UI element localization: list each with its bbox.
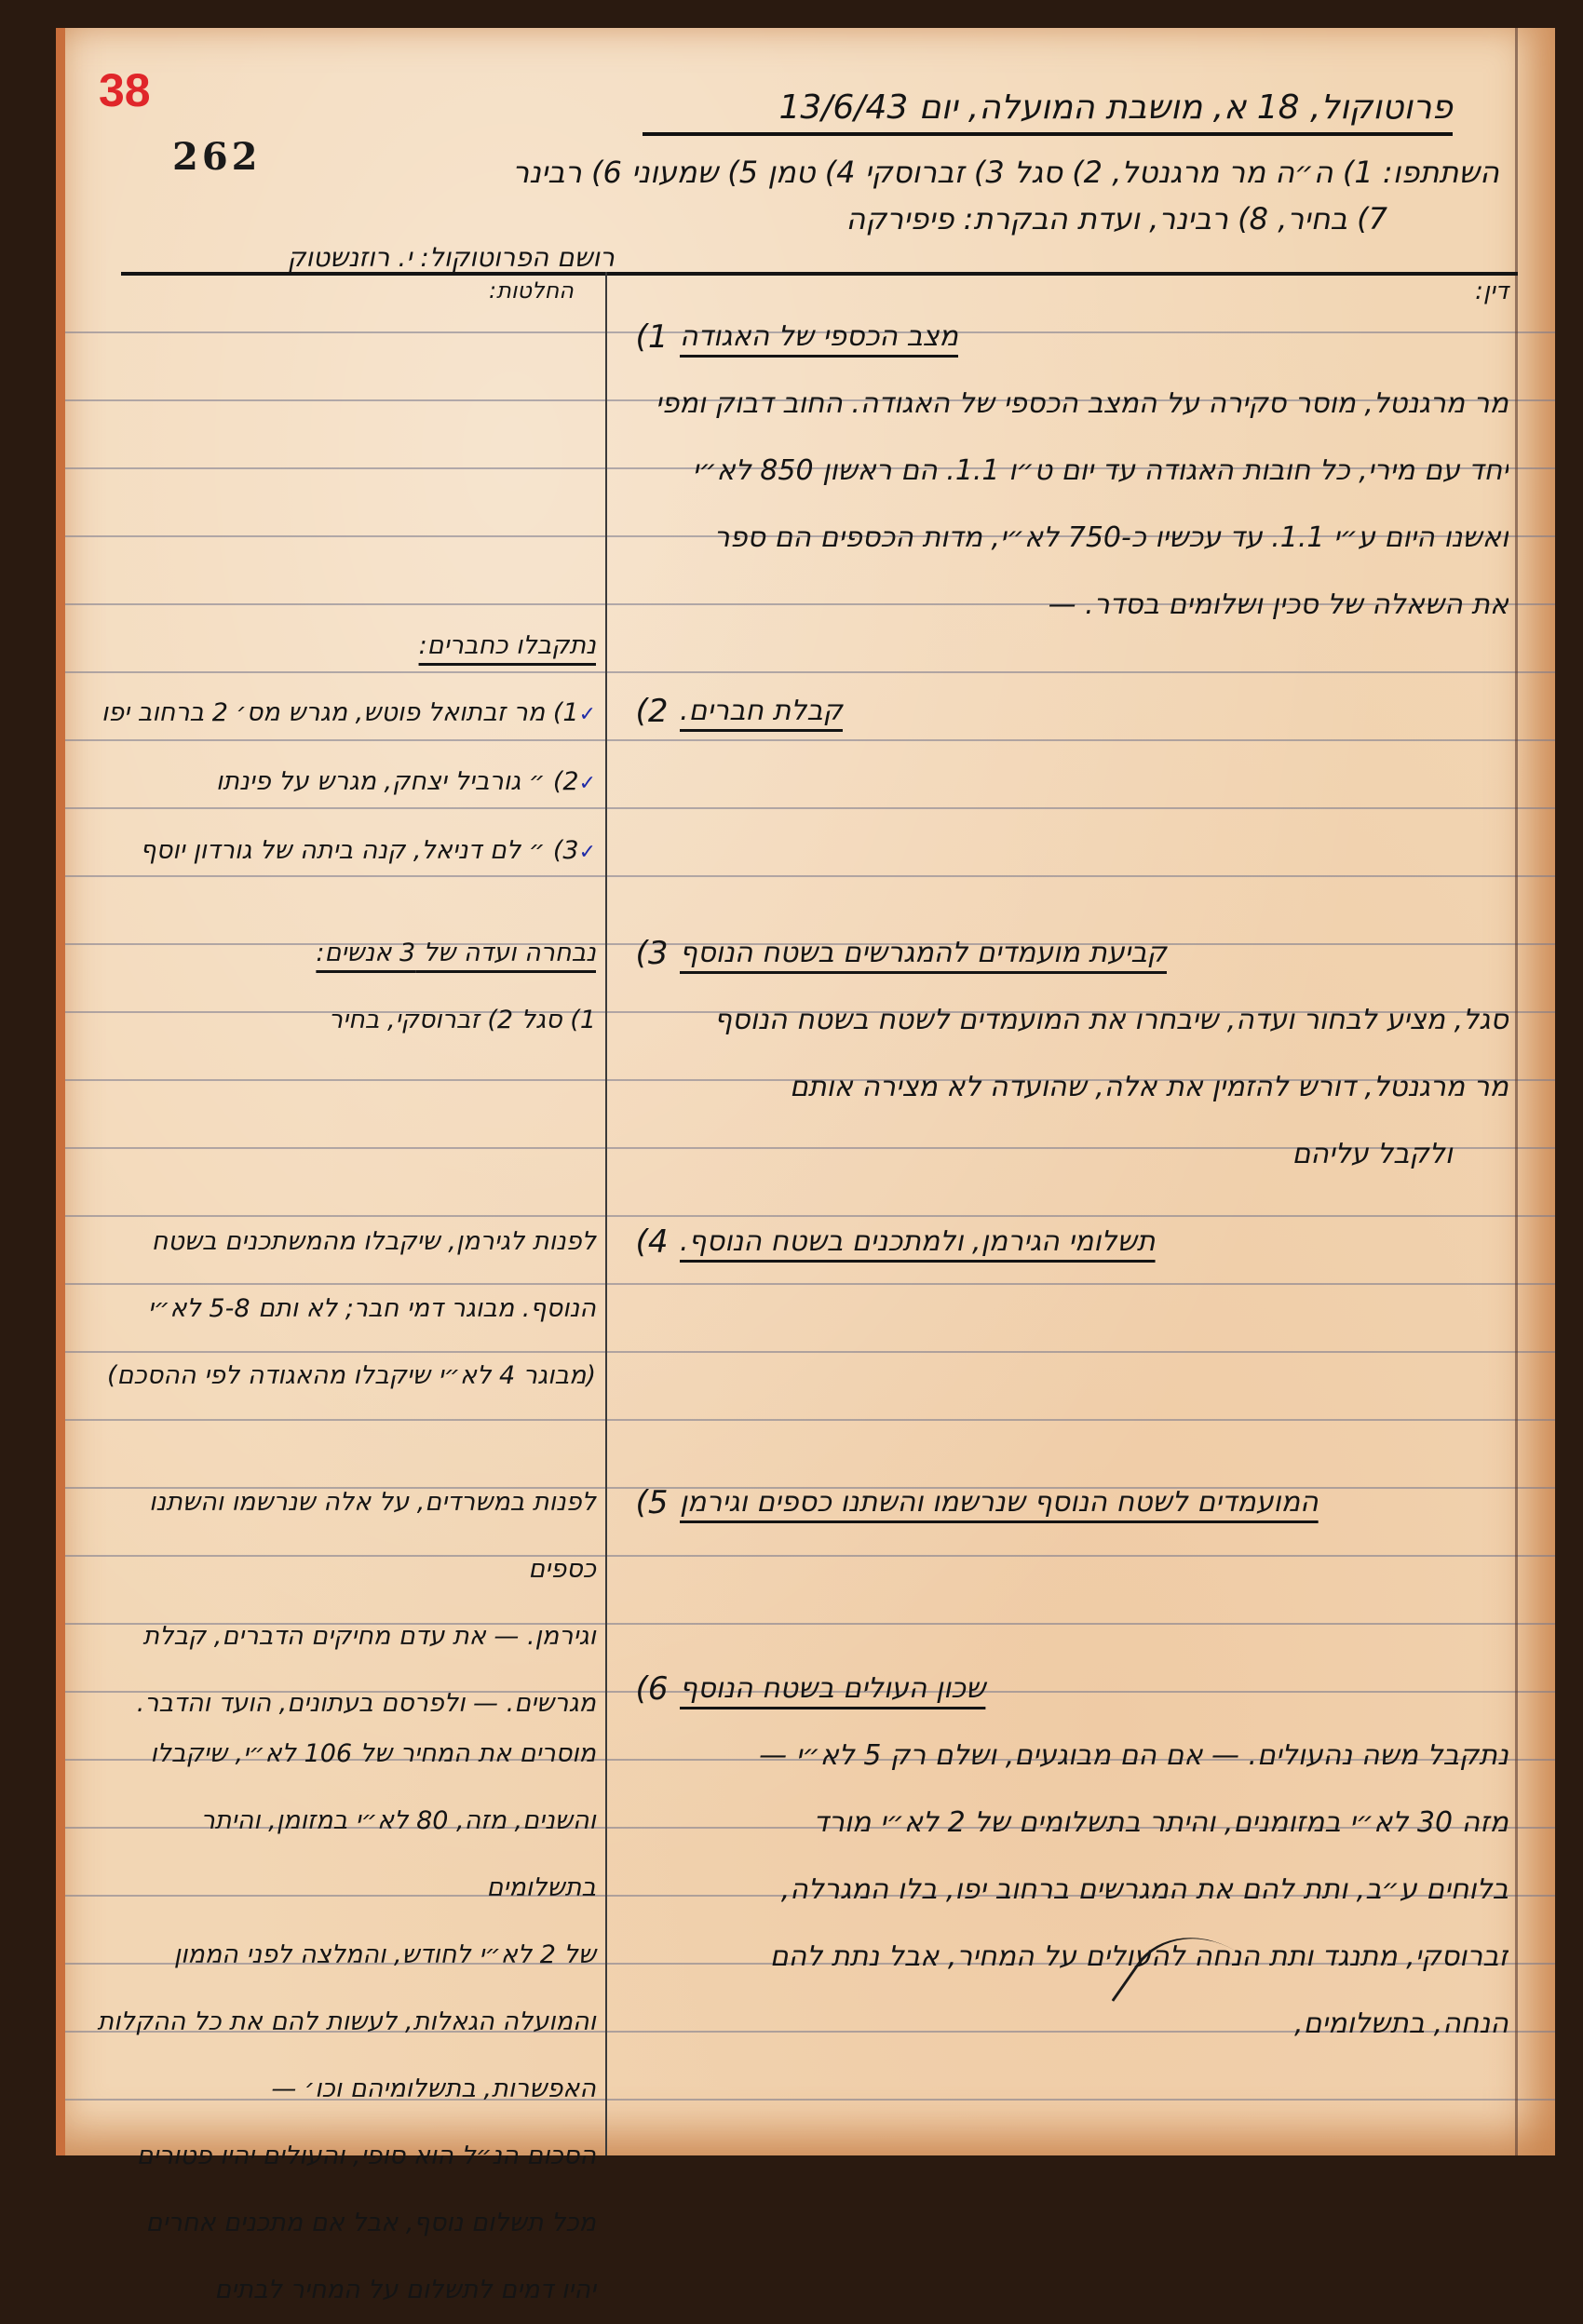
decision-line: לפנות לגירמן, שיקבלו מהמשתכנים בשטח <box>84 1209 596 1276</box>
item-line: נתקבל משה נהעולים. — אם הם מבוגעים, ושלם… <box>624 1723 1509 1790</box>
agenda-column-label: דין: <box>1475 277 1509 305</box>
item-title: תשלומי הגירמן, ולמתכנים בשטח הנוסף. <box>680 1209 1156 1276</box>
decision-title: נתקבלו כחברים: <box>84 613 596 680</box>
agenda-item-4: 4) תשלומי הגירמן, ולמתכנים בשטח הנוסף. <box>624 1209 1509 1276</box>
item-line: מזה 30 לא״י במזומנים, והיתר בתשלומים של … <box>624 1790 1509 1857</box>
decision-line: האפשרות, בתשלומיהם וכו׳ — <box>84 2056 596 2123</box>
decision-payments: לפנות לגירמן, שיקבלו מהמשתכנים בשטח הנוס… <box>84 1209 596 1410</box>
item-number: 2) <box>624 678 680 745</box>
item-number: 5) <box>624 1469 680 1536</box>
notebook-page: 38 262 פרוטוקול, 18 א, מושבת המועלה, יום… <box>56 28 1555 2155</box>
decision-line: 1) סגל 2) זברוסקי, בחיר <box>84 987 596 1054</box>
item-line: ואשנו היום ע״י 1.1. עד עכשיו כ-750 לא״י,… <box>624 505 1509 572</box>
item-title: מצב הכספי של האגודה <box>680 304 958 371</box>
participants-line-1: השתתפו: 1) ה״ה מר מרגנטל, 2) סגל 3) זברו… <box>382 149 1499 196</box>
participants-line-2: 7) בחיר, 8) רבינר, ועדת הבקרת: פיפירקה <box>382 196 1499 242</box>
item-line: זברוסקי, מתנגד ותת הנחה להעולים על המחיר… <box>624 1924 1509 1991</box>
header-divider <box>121 272 1518 276</box>
item-line: ולקבל עליהם <box>624 1121 1509 1188</box>
decision-line: של 2 לא״י לחודש, והמלצה לפני הממון <box>84 1922 596 1989</box>
decision-line: והשנים, מזה, 80 לא״י במזומן, והיתר בתשלו… <box>84 1788 596 1922</box>
item-number: 1) <box>624 304 680 371</box>
decision-registered: לפנות במשרדים, על אלה שנרשמו והשתנו כספי… <box>84 1469 596 1737</box>
binding-edge <box>1515 28 1518 2155</box>
agenda-item-5: 5) המועמדים לשטח הנוסף שנרשמו והשתנו כספ… <box>624 1469 1509 1536</box>
item-title: המועמדים לשטח הנוסף שנרשמו והשתנו כספים … <box>680 1469 1319 1536</box>
item-title: קבלת חברים. <box>680 678 843 745</box>
check-mark-icon: ✓ <box>579 703 596 726</box>
item-title: שכון העולים בשטח הנוסף <box>680 1655 985 1723</box>
recorder: רושם הפרוטוקול: י. רוזנשטוק <box>223 242 615 273</box>
decision-line: (מבוגר 4 לא״י שיקבלו מהאגודה לפי ההסכם) <box>84 1343 596 1410</box>
decisions-column-label: החלטות: <box>489 277 574 304</box>
decision-new-members: נתקבלו כחברים: ✓1) מר זבתואל פוטש, מגרש … <box>84 613 596 886</box>
printed-page-number: 262 <box>172 135 262 179</box>
item-line: מר מרגנטל, דורש להזמין את אלה, שהועדה לא… <box>624 1054 1509 1121</box>
decision-line: הנוסף. מבוגר דמי חבר; לא ותם 5-8 לא״י <box>84 1276 596 1343</box>
item-line: בלוחים ע״ב, ותת להם את המגרשים ברחוב יפו… <box>624 1857 1509 1924</box>
protocol-title: פרוטוקול, 18 א, מושבת המועלה, יום 13/6/4… <box>643 88 1453 136</box>
decision-line: והמועלה הגאלות, לעשות להם את כל ההקלות <box>84 1989 596 2056</box>
participants: השתתפו: 1) ה״ה מר מרגנטל, 2) סגל 3) זברו… <box>382 149 1499 242</box>
item-number: 4) <box>624 1209 680 1276</box>
decision-line: ✓1) מר זבתואל פוטש, מגרש מס׳ 2 ברחוב יפו <box>84 680 596 749</box>
check-mark-icon: ✓ <box>579 772 596 795</box>
item-line: מר מרגנטל, מוסר סקירה על המצב הכספי של ה… <box>624 371 1509 438</box>
decision-line: הסכום הנ״ל הוא סופי, והעולים יהיו פטורים <box>84 2123 596 2176</box>
agenda-item-2: 2) קבלת חברים. <box>624 678 1509 745</box>
archive-page-number: 38 <box>99 63 151 117</box>
item-title: קביעת מועמדים להמגרשים בשטח הנוסף <box>680 920 1167 987</box>
item-line: הנחה, בתשלומים, <box>624 1991 1509 2058</box>
agenda-item-1: 1) מצב הכספי של האגודה מר מרגנטל, מוסר ס… <box>624 304 1509 639</box>
decision-line: מוסרים את המחיר של 106 לא״י, שיקבלו <box>84 1721 596 1788</box>
decision-committee: נבחרה ועדה של 3 אנשים: 1) סגל 2) זברוסקי… <box>84 920 596 1054</box>
agenda-item-3: 3) קביעת מועמדים להמגרשים בשטח הנוסף סגל… <box>624 920 1509 1188</box>
decision-housing: מוסרים את המחיר של 106 לא״י, שיקבלו והשנ… <box>84 1721 596 2176</box>
decision-line: לפנות במשרדים, על אלה שנרשמו והשתנו כספי… <box>84 1469 596 1603</box>
item-number: 6) <box>624 1655 680 1723</box>
item-line: סגל, מציע לבחור ועדה, שיבחרו את המועמדים… <box>624 987 1509 1054</box>
column-divider <box>605 272 607 2155</box>
meeting-date: 13/6/43 <box>778 88 908 127</box>
decision-line: ✓3) ״ לם דניאל, קנה ביתה של גורדון יוסף <box>84 817 596 886</box>
decision-title: נבחרה ועדה של 3 אנשים: <box>84 920 596 987</box>
item-number: 3) <box>624 920 680 987</box>
decision-line: ✓2) ״ גורביל יצחק, מגרש על פינתו <box>84 749 596 817</box>
agenda-item-6: 6) שכון העולים בשטח הנוסף נתקבל משה נהעו… <box>624 1655 1509 2058</box>
decision-line: וגירמן. — את עדם מחיקים הדברים, קבלת <box>84 1603 596 1670</box>
item-line: יחד עם מירי, כל חובות האגודה עד יום ט״ו … <box>624 438 1509 505</box>
check-mark-icon: ✓ <box>579 841 596 864</box>
item-line: את השאלה של סכין ושלומים בסדר. — <box>624 572 1509 639</box>
title-text: פרוטוקול, 18 א, מושבת המועלה, יום <box>919 88 1453 127</box>
